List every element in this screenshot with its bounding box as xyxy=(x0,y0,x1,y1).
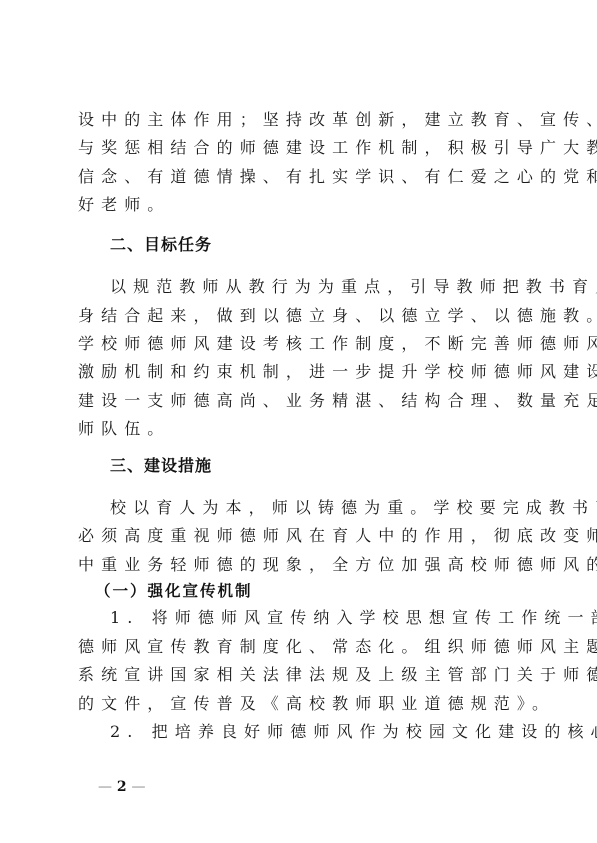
paragraph-line: 信念、有道德情操、有扎实学识、有仁爱之心的党和人民满意的 xyxy=(78,163,520,191)
paragraph-line: 系统宣讲国家相关法律法规及上级主管部门关于师德师风建设 xyxy=(78,661,520,689)
section-heading: 三、建设措施 xyxy=(110,452,212,480)
paragraph-line: 校以育人为本，师以铸德为重。学校要完成教书育人的重任， xyxy=(110,494,520,522)
paragraph-line: 建设一支师德高尚、业务精湛、结构合理、数量充足的高素质教 xyxy=(78,387,520,415)
subsection-heading: （一）强化宣传机制 xyxy=(95,578,253,604)
page-dash-left: — xyxy=(98,779,112,795)
paragraph-line: 2. 把培养良好师德师风作为校园文化建设的核心内容，凝炼 xyxy=(110,718,520,746)
paragraph-line: 好老师。 xyxy=(78,191,520,219)
paragraph-line: 以规范教师从教行为为重点，引导教师把教书育人和自我修 xyxy=(110,273,520,301)
section-heading: 二、目标任务 xyxy=(110,231,212,259)
page-number: — 2 — xyxy=(98,779,146,795)
paragraph-line: 师队伍。 xyxy=(78,415,520,443)
paragraph-line: 德师风宣传教育制度化、常态化。组织师德师风主题宣传教育， xyxy=(78,633,520,661)
paragraph-line: 设中的主体作用；坚持改革创新，建立教育、宣传、考核、监督 xyxy=(78,106,520,134)
paragraph-line: 中重业务轻师德的现象，全方位加强高校师德师风的机制建设。 xyxy=(78,551,520,579)
paragraph-line: 1. 将师德师风宣传纳入学校思想宣传工作统一部署，实现师 xyxy=(110,604,520,632)
paragraph-line: 必须高度重视师德师风在育人中的作用，彻底改变师资队伍建设 xyxy=(78,522,520,550)
paragraph-line: 的文件，宣传普及《高校教师职业道德规范》。 xyxy=(78,690,520,718)
paragraph-line: 学校师德师风建设考核工作制度，不断完善师德师风建设工作的 xyxy=(78,330,520,358)
page-number-value: 2 xyxy=(117,779,127,795)
page-dash-right: — xyxy=(132,779,146,795)
paragraph-line: 与奖惩相结合的师德建设工作机制，积极引导广大教师做有理想 xyxy=(78,134,520,162)
paragraph-line: 身结合起来，做到以德立身、以德立学、以德施教。强化和落实 xyxy=(78,302,520,330)
paragraph-line: 激励机制和约束机制，进一步提升学校师德师风建设水平，努力 xyxy=(78,358,520,386)
